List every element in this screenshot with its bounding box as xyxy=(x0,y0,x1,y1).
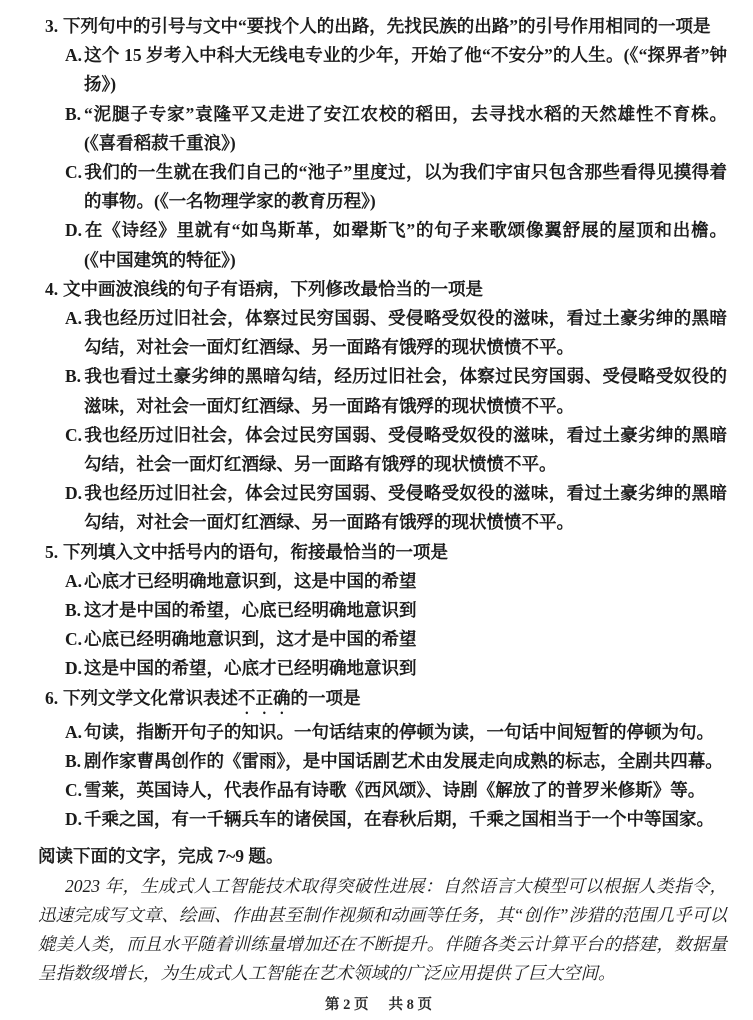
question-6-option-b: B.剧作家曹禺创作的《雷雨》，是中国话剧艺术由发展走向成熟的标志，全剧共四幕。 xyxy=(30,747,727,776)
option-text: 这才是中国的希望，心底已经明确地意识到 xyxy=(84,600,417,620)
footer-total-label: 共 8 页 xyxy=(389,997,433,1013)
question-6-option-a: A.句读，指断开句子的知识。一句话结束的停顿为读，一句话中间短暂的停顿为句。 xyxy=(30,718,727,747)
question-3: 3.下列句中的引号与文中“要找个人的出路，先找民族的出路”的引号作用相同的一项是… xyxy=(30,12,727,275)
question-5-option-d: D.这是中国的希望，心底才已经明确地意识到 xyxy=(30,654,727,683)
option-label-b: B. xyxy=(65,100,84,129)
option-label-d: D. xyxy=(65,216,84,245)
option-text: 千乘之国，有一千辆兵车的诸侯国，在春秋后期，千乘之国相当于一个中等国家。 xyxy=(84,809,714,829)
option-label-a: A. xyxy=(65,567,84,596)
question-5: 5.下列填入文中括号内的语句，衔接最恰当的一项是 A.心底才已经明确地意识到，这… xyxy=(30,538,727,684)
question-4-stem-text: 文中画波浪线的句子有语病，下列修改最恰当的一项是 xyxy=(63,279,483,299)
option-label-a: A. xyxy=(65,718,84,747)
option-label-c: C. xyxy=(65,158,84,187)
question-3-option-c: C.我们的一生就在我们自己的“池子”里度过，以为我们宇宙只包含那些看得见摸得着的… xyxy=(30,158,727,216)
question-5-option-a: A.心底才已经明确地意识到，这是中国的希望 xyxy=(30,567,727,596)
question-5-stem-text: 下列填入文中括号内的语句，衔接最恰当的一项是 xyxy=(63,542,448,562)
question-4-option-d: D.我也经历过旧社会，体会过民穷国弱、受侵略受奴役的滋味，看过土豪劣绅的黑暗勾结… xyxy=(30,479,727,537)
question-6-option-d: D.千乘之国，有一千辆兵车的诸侯国，在春秋后期，千乘之国相当于一个中等国家。 xyxy=(30,805,727,834)
question-3-option-b: B.“泥腿子专家”袁隆平又走进了安江农校的稻田，去寻找水稻的天然雄性不育株。(《… xyxy=(30,100,727,158)
question-4-number: 4. xyxy=(45,275,63,304)
question-4-option-b: B.我也看过土豪劣绅的黑暗勾结，经历过旧社会，体察过民穷国弱、受侵略受奴役的滋味… xyxy=(30,362,727,420)
question-4-stem: 4.文中画波浪线的句子有语病，下列修改最恰当的一项是 xyxy=(30,275,727,304)
question-3-option-d: D.在《诗经》里就有“如鸟斯革，如翚斯飞”的句子来歌颂像翼舒展的屋顶和出檐。(《… xyxy=(30,216,727,274)
option-text: 我也经历过旧社会，体会过民穷国弱、受侵略受奴役的滋味，看过土豪劣绅的黑暗勾结，社… xyxy=(84,425,727,474)
question-3-stem-text: 下列句中的引号与文中“要找个人的出路，先找民族的出路”的引号作用相同的一项是 xyxy=(63,16,711,36)
question-3-option-a: A.这个 15 岁考入中科大无线电专业的少年，开始了他“不安分”的人生。(《“探… xyxy=(30,41,727,99)
question-3-stem: 3.下列句中的引号与文中“要找个人的出路，先找民族的出路”的引号作用相同的一项是 xyxy=(30,12,727,41)
option-label-d: D. xyxy=(65,479,84,508)
option-text: 这是中国的希望，心底才已经明确地意识到 xyxy=(84,658,417,678)
question-4-option-c: C.我也经历过旧社会，体会过民穷国弱、受侵略受奴役的滋味，看过土豪劣绅的黑暗勾结… xyxy=(30,421,727,479)
question-3-number: 3. xyxy=(45,12,63,41)
option-text: “泥腿子专家”袁隆平又走进了安江农校的稻田，去寻找水稻的天然雄性不育株。(《喜看… xyxy=(84,104,727,153)
option-label-a: A. xyxy=(65,41,84,70)
option-text: 心底才已经明确地意识到，这是中国的希望 xyxy=(84,571,417,591)
option-label-c: C. xyxy=(65,625,84,654)
question-6-stem: 6.下列文学文化常识表述不正确的一项是 xyxy=(30,684,727,718)
option-text: 我们的一生就在我们自己的“池子”里度过，以为我们宇宙只包含那些看得见摸得着的事物… xyxy=(84,162,727,211)
question-6: 6.下列文学文化常识表述不正确的一项是 A.句读，指断开句子的知识。一句话结束的… xyxy=(30,684,727,835)
stem-text-pre: 下列文学文化常识表述 xyxy=(63,688,238,708)
stem-text-post: 的一项是 xyxy=(291,688,361,708)
stem-text-emphasized: 不正确 xyxy=(238,688,291,708)
question-4: 4.文中画波浪线的句子有语病，下列修改最恰当的一项是 A.我也经历过旧社会，体察… xyxy=(30,275,727,538)
page-footer: 第 2 页共 8 页 xyxy=(30,995,727,1015)
option-text: 心底已经明确地意识到，这才是中国的希望 xyxy=(84,629,417,649)
option-text: 我也经历过旧社会，体会过民穷国弱、受侵略受奴役的滋味，看过土豪劣绅的黑暗勾结，对… xyxy=(84,483,727,532)
reading-instruction: 阅读下面的文字，完成 7~9 题。 xyxy=(38,842,727,871)
option-label-c: C. xyxy=(65,421,84,450)
option-label-c: C. xyxy=(65,776,84,805)
option-label-b: B. xyxy=(65,747,84,776)
question-6-option-c: C.雪莱，英国诗人，代表作品有诗歌《西风颂》、诗剧《解放了的普罗米修斯》等。 xyxy=(30,776,727,805)
question-4-option-a: A.我也经历过旧社会，体察过民穷国弱、受侵略受奴役的滋味，看过土豪劣绅的黑暗勾结… xyxy=(30,304,727,362)
question-5-stem: 5.下列填入文中括号内的语句，衔接最恰当的一项是 xyxy=(30,538,727,567)
reading-passage: 2023 年，生成式人工智能技术取得突破性进展：自然语言大模型可以根据人类指令，… xyxy=(38,872,727,989)
option-text: 剧作家曹禺创作的《雷雨》，是中国话剧艺术由发展走向成熟的标志，全剧共四幕。 xyxy=(84,751,723,771)
option-label-d: D. xyxy=(65,805,84,834)
option-text: 我也看过土豪劣绅的黑暗勾结，经历过旧社会，体察过民穷国弱、受侵略受奴役的滋味，对… xyxy=(84,366,727,415)
question-5-option-b: B.这才是中国的希望，心底已经明确地意识到 xyxy=(30,596,727,625)
question-6-number: 6. xyxy=(45,684,63,713)
option-label-a: A. xyxy=(65,304,84,333)
exam-page: 3.下列句中的引号与文中“要找个人的出路，先找民族的出路”的引号作用相同的一项是… xyxy=(0,0,753,1015)
option-label-b: B. xyxy=(65,596,84,625)
reading-section: 阅读下面的文字，完成 7~9 题。 2023 年，生成式人工智能技术取得突破性进… xyxy=(30,842,727,988)
question-5-option-c: C.心底已经明确地意识到，这才是中国的希望 xyxy=(30,625,727,654)
option-text: 这个 15 岁考入中科大无线电专业的少年，开始了他“不安分”的人生。(《“探界者… xyxy=(84,45,727,94)
option-text: 在《诗经》里就有“如鸟斯革，如翚斯飞”的句子来歌颂像翼舒展的屋顶和出檐。(《中国… xyxy=(84,220,727,269)
option-text: 我也经历过旧社会，体察过民穷国弱、受侵略受奴役的滋味，看过土豪劣绅的黑暗勾结，对… xyxy=(84,308,727,357)
option-label-b: B. xyxy=(65,362,84,391)
footer-page-label: 第 2 页 xyxy=(325,997,369,1013)
question-6-stem-text: 下列文学文化常识表述不正确的一项是 xyxy=(63,688,361,708)
option-text: 句读，指断开句子的知识。一句话结束的停顿为读，一句话中间短暂的停顿为句。 xyxy=(84,722,714,742)
question-5-number: 5. xyxy=(45,538,63,567)
option-label-d: D. xyxy=(65,654,84,683)
option-text: 雪莱，英国诗人，代表作品有诗歌《西风颂》、诗剧《解放了的普罗米修斯》等。 xyxy=(84,780,705,800)
